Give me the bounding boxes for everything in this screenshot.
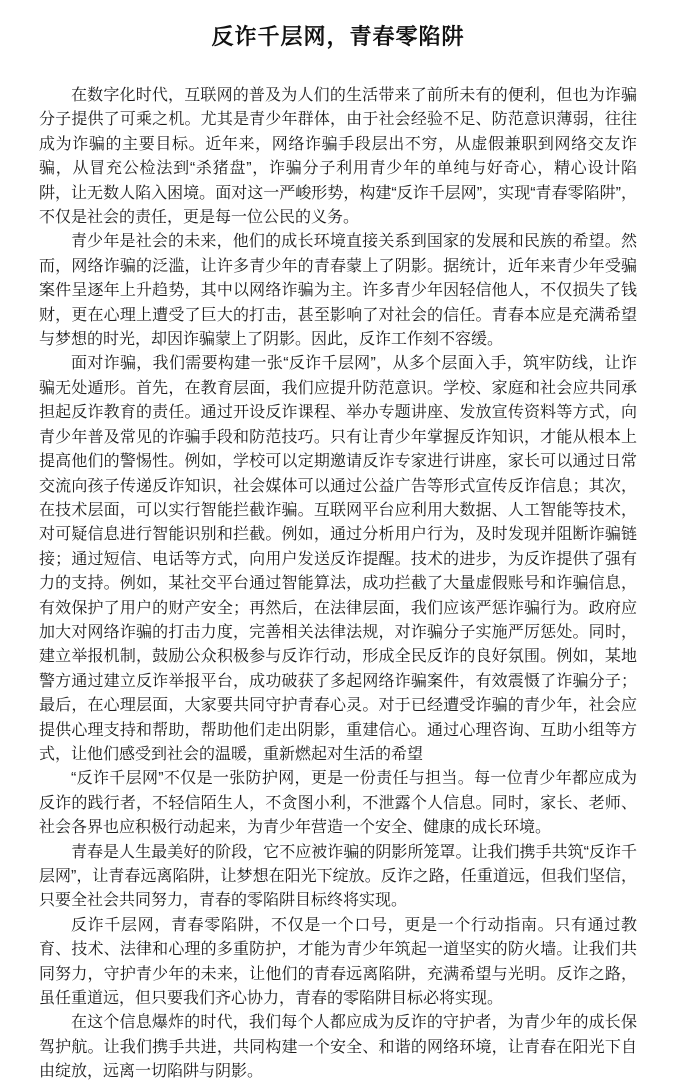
- paragraph-youth-best-stage: 青春是人生最美好的阶段，它不应被诈骗的阴影所笼罩。让我们携手共筑“反诈千层网”，…: [39, 841, 637, 914]
- paragraph-youth-future: 青少年是社会的未来，他们的成长环境直接关系到国家的发展和民族的希望。然而，网络诈…: [39, 230, 637, 352]
- paragraph-conclusion: 在这个信息爆炸的时代，我们每个人都应成为反诈的守护者，为青少年的成长保驾护航。让…: [39, 1011, 637, 1084]
- paragraph-action-guide: 反诈千层网，青春零陷阱，不仅是一个口号，更是一个行动指南。只有通过教育、技术、法…: [39, 914, 637, 1012]
- paragraph-responsibility: “反诈千层网”不仅是一张防护网，更是一份责任与担当。每一位青少年都应成为反诈的践…: [39, 767, 637, 840]
- document-title: 反诈千层网，青春零陷阱: [39, 22, 637, 52]
- document-body: 在数字化时代，互联网的普及为人们的生活带来了前所未有的便利，但也为诈骗分子提供了…: [39, 84, 637, 1085]
- paragraph-intro: 在数字化时代，互联网的普及为人们的生活带来了前所未有的便利，但也为诈骗分子提供了…: [39, 84, 637, 230]
- document-page: 反诈千层网，青春零陷阱 在数字化时代，互联网的普及为人们的生活带来了前所未有的便…: [0, 0, 677, 1086]
- paragraph-multi-layer-measures: 面对诈骗，我们需要构建一张“反诈千层网”，从多个层面入手，筑牢防线，让诈骗无处遁…: [39, 352, 637, 767]
